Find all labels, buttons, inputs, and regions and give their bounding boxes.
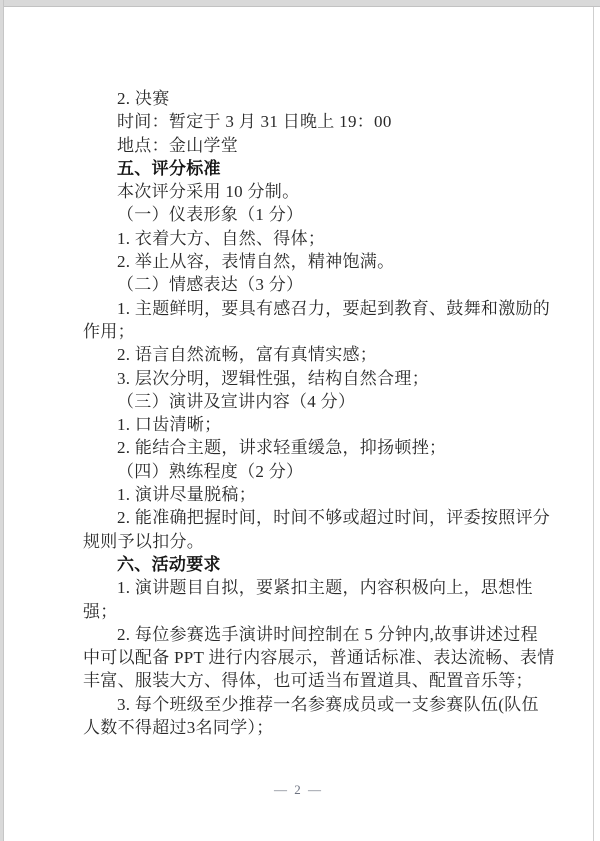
viewer-top-margin <box>0 0 600 7</box>
page-right-edge <box>593 7 594 841</box>
document-page: 2. 决赛 时间：暂定于 3 月 31 日晚上 19：00 地点：金山学堂 五、… <box>4 7 593 841</box>
doc-line: 时间：暂定于 3 月 31 日晚上 19：00 <box>83 110 563 133</box>
doc-line: 人数不得超过3名同学）； <box>83 716 563 739</box>
doc-line: （二）情感表达（3 分） <box>83 273 563 296</box>
doc-line: 1. 口齿清晰； <box>83 413 563 436</box>
section-heading: 六、活动要求 <box>83 553 563 576</box>
doc-line: 1. 主题鲜明，要具有感召力，要起到教育、鼓舞和激励的 <box>83 297 563 320</box>
doc-line: （三）演讲及宣讲内容（4 分） <box>83 390 563 413</box>
doc-line: 1. 衣着大方、自然、得体； <box>83 227 563 250</box>
doc-line: 1. 演讲题目自拟，要紧扣主题，内容积极向上，思想性 <box>83 576 563 599</box>
doc-line: 规则予以扣分。 <box>83 530 563 553</box>
doc-line: 2. 语言自然流畅，富有真情实感； <box>83 343 563 366</box>
doc-line: （一）仪表形象（1 分） <box>83 203 563 226</box>
doc-line: 3. 每个班级至少推荐一名参赛成员或一支参赛队伍(队伍 <box>83 693 563 716</box>
doc-line: 2. 举止从容，表情自然，精神饱满。 <box>83 250 563 273</box>
section-heading: 五、评分标准 <box>83 157 563 180</box>
doc-line: 3. 层次分明，逻辑性强，结构自然合理； <box>83 367 563 390</box>
doc-line: 2. 决赛 <box>83 87 563 110</box>
doc-line: （四）熟练程度（2 分） <box>83 460 563 483</box>
doc-line: 1. 演讲尽量脱稿； <box>83 483 563 506</box>
doc-line: 作用； <box>83 320 563 343</box>
document-body: 2. 决赛 时间：暂定于 3 月 31 日晚上 19：00 地点：金山学堂 五、… <box>83 87 563 739</box>
doc-line: 中可以配备 PPT 进行内容展示，普通话标准、表达流畅、表情 <box>83 646 563 669</box>
doc-line: 2. 能结合主题，讲求轻重缓急，抑扬顿挫； <box>83 436 563 459</box>
doc-line: 丰富、服装大方、得体，也可适当布置道具、配置音乐等； <box>83 669 563 692</box>
doc-line: 2. 能准确把握时间，时间不够或超过时间，评委按照评分 <box>83 506 563 529</box>
doc-line: 本次评分采用 10 分制。 <box>83 180 563 203</box>
doc-line: 强； <box>83 600 563 623</box>
doc-line: 地点：金山学堂 <box>83 134 563 157</box>
doc-line: 2. 每位参赛选手演讲时间控制在 5 分钟内,故事讲述过程 <box>83 623 563 646</box>
page-number: — 2 — <box>4 782 593 798</box>
